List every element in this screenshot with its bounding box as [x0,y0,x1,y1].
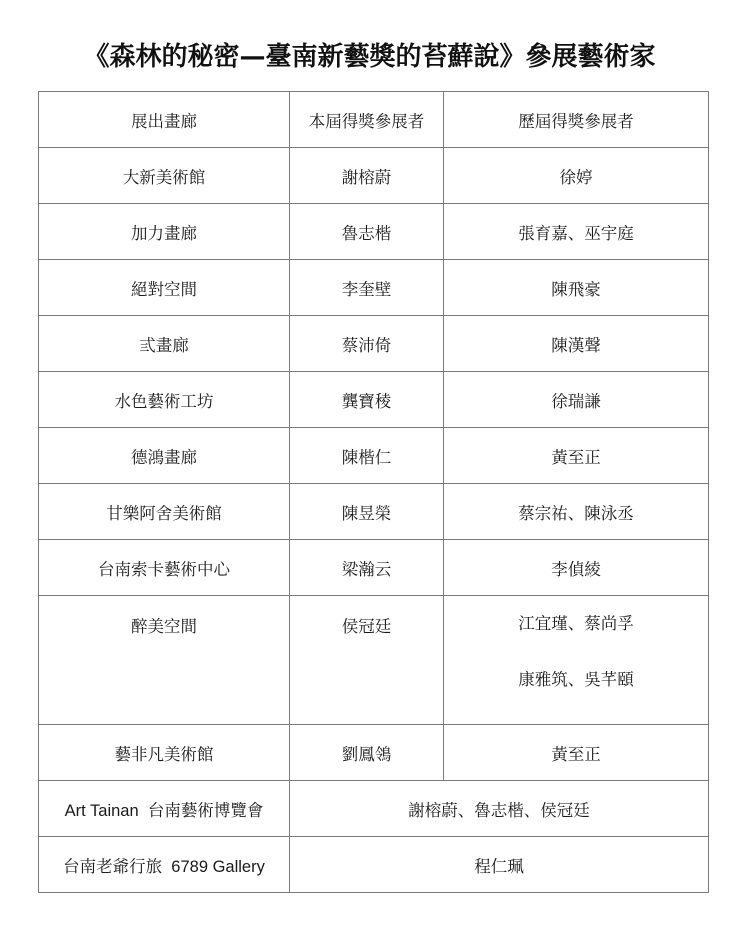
past-winners-cell: 蔡宗祐、陳泳丞 [444,484,709,540]
current-winner-cell: 陳昱榮 [290,484,444,540]
gallery-cell: 弎畫廊 [39,316,290,372]
gallery-cell: 加力畫廊 [39,204,290,260]
header-gallery: 展出畫廊 [39,92,290,148]
table-row: 台南索卡藝術中心 梁瀚云 李偵綾 [39,540,709,596]
current-winner-cell: 陳楷仁 [290,428,444,484]
current-winner-cell: 蔡沛倚 [290,316,444,372]
past-winners-cell: 陳漢聲 [444,316,709,372]
table-row-merged: 台南老爺行旅 6789 Gallery 程仁珮 [39,837,709,893]
past-winners-cell: 陳飛豪 [444,260,709,316]
header-current-winners: 本屆得獎參展者 [290,92,444,148]
current-winner-cell: 劉鳳鴒 [290,725,444,781]
current-winner-cell: 梁瀚云 [290,540,444,596]
past-winners-cell: 黃至正 [444,428,709,484]
table-row-merged: Art Tainan 台南藝術博覽會 謝榕蔚、魯志楷、侯冠廷 [39,781,709,837]
table-row: 甘樂阿舍美術館 陳昱榮 蔡宗祐、陳泳丞 [39,484,709,540]
gallery-cell: 絕對空間 [39,260,290,316]
current-winner-cell: 侯冠廷 [290,596,444,725]
table-row: 絕對空間 李奎壁 陳飛豪 [39,260,709,316]
gallery-cell: 水色藝術工坊 [39,372,290,428]
past-winners-cell: 黃至正 [444,725,709,781]
past-winners-cell: 徐瑞謙 [444,372,709,428]
table-row: 大新美術館 謝榕蔚 徐婷 [39,148,709,204]
current-winner-cell: 李奎壁 [290,260,444,316]
gallery-cell: 甘樂阿舍美術館 [39,484,290,540]
past-winners-cell: 張育嘉、巫宇庭 [444,204,709,260]
gallery-cell: Art Tainan 台南藝術博覽會 [39,781,290,837]
past-winners-line: 江宜瑾、蔡尚孚 [444,613,708,635]
table-row: 藝非凡美術館 劉鳳鴒 黃至正 [39,725,709,781]
page-title: 《森林的秘密—臺南新藝獎的苔蘚說》參展藝術家 [0,40,739,74]
past-winners-cell: 江宜瑾、蔡尚孚 康雅筑、吳芊頤 [444,596,709,725]
current-winner-cell: 龔寶稜 [290,372,444,428]
artists-table: 展出畫廊 本屆得獎參展者 歷屆得獎參展者 大新美術館 謝榕蔚 徐婷 加力畫廊 魯… [38,91,709,893]
past-winners-line: 康雅筑、吳芊頤 [444,669,708,691]
table-row: 德鴻畫廊 陳楷仁 黃至正 [39,428,709,484]
gallery-cell: 藝非凡美術館 [39,725,290,781]
table-header-row: 展出畫廊 本屆得獎參展者 歷屆得獎參展者 [39,92,709,148]
table-row: 水色藝術工坊 龔寶稜 徐瑞謙 [39,372,709,428]
gallery-cell: 台南索卡藝術中心 [39,540,290,596]
past-winners-cell: 徐婷 [444,148,709,204]
table-row: 加力畫廊 魯志楷 張育嘉、巫宇庭 [39,204,709,260]
artists-merged-cell: 程仁珮 [290,837,709,893]
artists-merged-cell: 謝榕蔚、魯志楷、侯冠廷 [290,781,709,837]
table-row: 弎畫廊 蔡沛倚 陳漢聲 [39,316,709,372]
current-winner-cell: 謝榕蔚 [290,148,444,204]
gallery-cell: 醉美空間 [39,596,290,725]
header-past-winners: 歷屆得獎參展者 [444,92,709,148]
current-winner-cell: 魯志楷 [290,204,444,260]
past-winners-cell: 李偵綾 [444,540,709,596]
gallery-cell: 大新美術館 [39,148,290,204]
table-row-tall: 醉美空間 侯冠廷 江宜瑾、蔡尚孚 康雅筑、吳芊頤 [39,596,709,725]
gallery-cell: 台南老爺行旅 6789 Gallery [39,837,290,893]
gallery-cell: 德鴻畫廊 [39,428,290,484]
